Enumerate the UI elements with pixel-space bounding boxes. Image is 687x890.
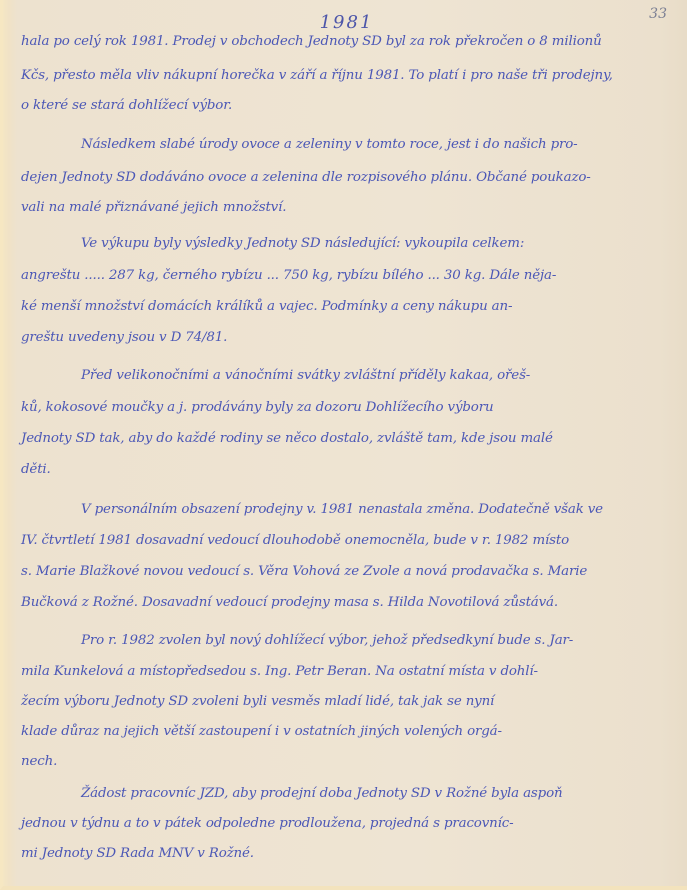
text-line: IV. čtvrtletí 1981 dosavadní vedoucí dlo…	[21, 533, 569, 548]
year-heading: 1981	[3, 12, 687, 33]
chronicle-page: 33 1981 hala po celý rok 1981. Prodej v …	[0, 0, 687, 890]
text-line: greštu uvedeny jsou v D 74/81.	[21, 330, 227, 345]
text-line: s. Marie Blažkové novou vedoucí s. Věra …	[21, 564, 587, 579]
text-line: mila Kunkelová a místopředsedou s. Ing. …	[21, 664, 538, 679]
text-line: hala po celý rok 1981. Prodej v obchodec…	[21, 34, 602, 49]
text-line: Jednoty SD tak, aby do každé rodiny se n…	[21, 431, 553, 446]
text-line: ké menší množství domácích králíků a vaj…	[21, 299, 512, 314]
text-line: V personálním obsazení prodejny v. 1981 …	[21, 502, 603, 517]
text-line: vali na malé přiznávané jejich množství.	[21, 200, 286, 215]
text-line: Následkem slabé úrody ovoce a zeleniny v…	[21, 137, 578, 152]
text-line: Ve výkupu byly výsledky Jednoty SD násle…	[21, 236, 524, 251]
text-line: Žádost pracovníc JZD, aby prodejní doba …	[21, 786, 562, 801]
text-line: Pro r. 1982 zvolen byl nový dohlížecí vý…	[21, 633, 573, 648]
text-line: jednou v týdnu a to v pátek odpoledne pr…	[21, 816, 513, 831]
text-line: děti.	[21, 462, 51, 477]
text-line: klade důraz na jejich větší zastoupení i…	[21, 724, 502, 739]
text-line: Bučková z Rožné. Dosavadní vedoucí prode…	[21, 595, 558, 610]
text-line: o které se stará dohlížecí výbor.	[21, 98, 232, 113]
text-line: žecím výboru Jednoty SD zvoleni byli ves…	[21, 694, 494, 709]
text-line: mi Jednoty SD Rada MNV v Rožné.	[21, 846, 254, 861]
text-line: nech.	[21, 754, 57, 769]
text-line: Před velikonočními a vánočními svátky zv…	[21, 368, 530, 383]
text-line: Kčs, přesto měla vliv nákupní horečka v …	[21, 68, 613, 83]
text-line: ků, kokosové moučky a j. prodávány byly …	[21, 400, 493, 415]
text-line: angreštu ..... 287 kg, černého rybízu ..…	[21, 268, 556, 283]
text-line: dejen Jednoty SD dodáváno ovoce a zeleni…	[21, 170, 591, 185]
